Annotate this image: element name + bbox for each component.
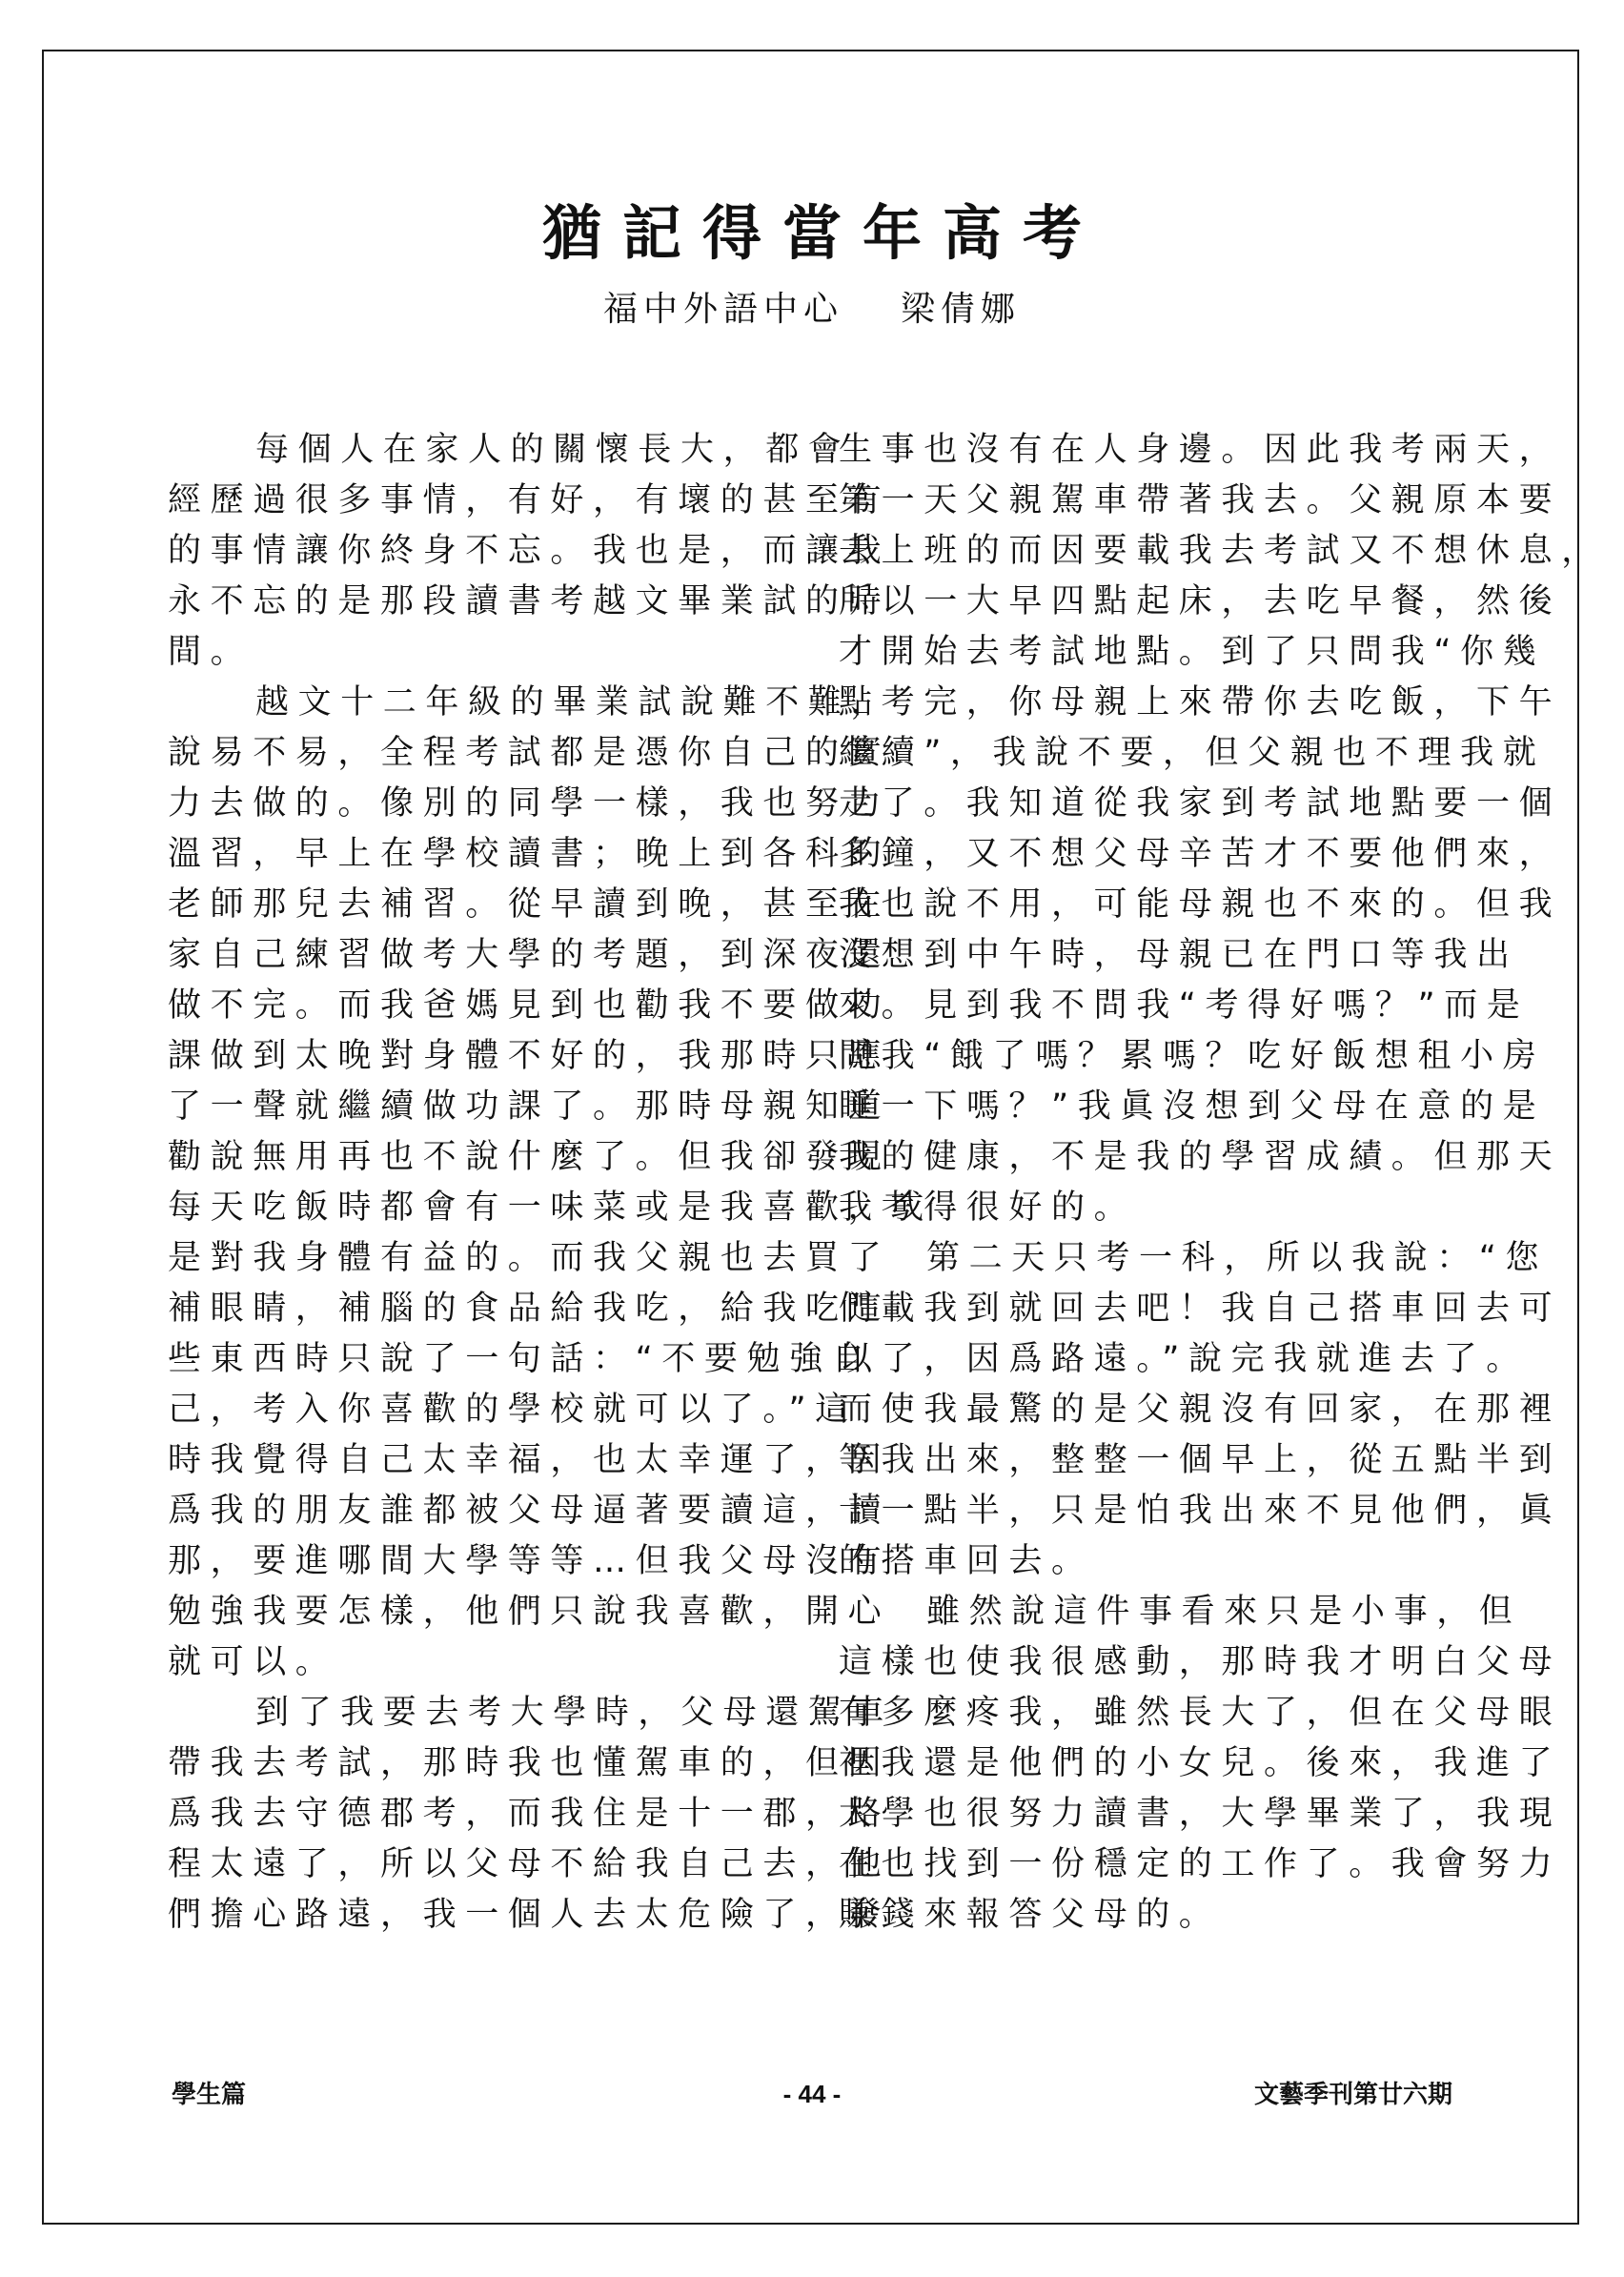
text-line: 我也說不用，可能母親也不來的。但我 — [839, 880, 1458, 930]
text-line: 走了。我知道從我家到考試地點要一個 — [839, 779, 1458, 829]
text-line: 勉強我要怎樣，他們只說我喜歡，開心 — [168, 1587, 787, 1637]
text-line: 第一天父親駕車帶著我去。父親原本要 — [839, 476, 1458, 526]
text-line: 來。見到我不問我“考得好嗎？”而是 — [839, 981, 1458, 1031]
text-line: 間。 — [168, 627, 787, 678]
text-line: 的搭車回去。 — [839, 1536, 1458, 1587]
text-line: 繼續”，我說不要，但父親也不理我就 — [839, 728, 1458, 779]
text-line: 我的健康，不是我的學習成績。但那天 — [839, 1132, 1458, 1183]
text-line: 爲我去守德郡考，而我住是十一郡，路 — [168, 1789, 787, 1840]
text-line: 永不忘的是那段讀書考越文畢業試的時 — [168, 577, 787, 627]
text-line: 才開始去考試地點。到了只問我“你幾 — [839, 627, 1458, 678]
text-line: 補眼睛，補腦的食品給我吃，給我吃這 — [168, 1284, 787, 1334]
text-line: 老師那兒去補習。從早讀到晚，甚至在 — [168, 880, 787, 930]
text-line: 力去做的。像別的同學一樣，我也努力 — [168, 779, 787, 829]
text-line: 有多麼疼我，雖然長大了，但在父母眼 — [839, 1688, 1458, 1738]
author-affiliation: 福中外語中心 — [603, 290, 843, 329]
text-line: 多鐘，又不想父母辛苦才不要他們來， — [839, 829, 1458, 880]
text-line: 是對我身體有益的。而我父親也去買了 — [168, 1233, 787, 1284]
text-line: 十一點半，只是怕我出來不見他們，眞 — [839, 1486, 1458, 1536]
byline: 福中外語中心梁倩娜 — [0, 286, 1624, 334]
text-line: 的事情讓你終身不忘。我也是，而讓我 — [168, 526, 787, 577]
text-line: 了一聲就繼續做功課了。那時母親知道 — [168, 1082, 787, 1132]
text-line: 勸說無用再也不說什麼了。但我卻發現 — [168, 1132, 787, 1183]
text-line: 每個人在家人的關懷長大，都會 — [168, 425, 787, 476]
text-line: 家自己練習做考大學的考題，到深夜還 — [168, 930, 787, 981]
text-line: 所以一大早四點起床，去吃早餐，然後 — [839, 577, 1458, 627]
article-title: 猶記得當年高考 — [0, 195, 1624, 272]
text-line: 那，要進哪間大學等等…但我父母沒有 — [168, 1536, 787, 1587]
text-line: 生事也沒有在人身邊。因此我考兩天， — [839, 425, 1458, 476]
text-line: 而使我最驚的是父親沒有回家，在那裡 — [839, 1385, 1458, 1435]
text-line: 程太遠了，所以父母不給我自己去，他 — [168, 1840, 787, 1890]
text-line: 帶我去考試，那時我也懂駕車的，但因 — [168, 1738, 787, 1789]
text-line: 爲我的朋友誰都被父母逼著要讀這，讀 — [168, 1486, 787, 1536]
text-line: 第二天只考一科，所以我說：“您 — [839, 1233, 1458, 1284]
text-line: 時我覺得自己太幸福，也太幸運了，因 — [168, 1435, 787, 1486]
left-text-column: 每個人在家人的關懷長大，都會經歷過很多事情，有好，有壞的甚至有的事情讓你終身不忘… — [168, 425, 787, 1941]
text-line: 課做到太晚對身體不好的，我那時只應 — [168, 1031, 787, 1082]
text-line: 己，考入你喜歡的學校就可以了。”這 — [168, 1385, 787, 1435]
text-line: 雖然說這件事看來只是小事，但 — [839, 1587, 1458, 1637]
text-line: 睡一下嗎？”我眞沒想到父母在意的是 — [839, 1082, 1458, 1132]
text-line: 說易不易，全程考試都是憑你自己的實 — [168, 728, 787, 779]
text-line: 以了，因爲路遠。”說完我就進去了。 — [839, 1334, 1458, 1385]
text-line: 大學也很努力讀書，大學畢業了，我現 — [839, 1789, 1458, 1840]
text-line: 賺錢來報答父母的。 — [839, 1890, 1458, 1941]
author-name: 梁倩娜 — [901, 290, 1021, 329]
text-line: 們載我到就回去吧！我自己搭車回去可 — [839, 1284, 1458, 1334]
text-line: 經歷過很多事情，有好，有壞的甚至有 — [168, 476, 787, 526]
text-line: 做不完。而我爸媽見到也勸我不要做功 — [168, 981, 787, 1031]
text-line: 問我“餓了嗎？累嗎？吃好飯想租小房 — [839, 1031, 1458, 1082]
text-line: 點考完，你母親上來帶你去吃飯，下午 — [839, 678, 1458, 728]
text-line: 我考得很好的。 — [839, 1183, 1458, 1233]
text-line: 裡我還是他們的小女兒。後來，我進了 — [839, 1738, 1458, 1789]
text-line: 們擔心路遠，我一個人去太危險了，發 — [168, 1890, 787, 1941]
text-line: 越文十二年級的畢業試說難不難， — [168, 678, 787, 728]
right-text-column: 生事也沒有在人身邊。因此我考兩天，第一天父親駕車帶著我去。父親原本要去上班的而因… — [839, 425, 1458, 1941]
text-line: 溫習，早上在學校讀書；晚上到各科的 — [168, 829, 787, 880]
text-line: 些東西時只說了一句話：“不要勉強自 — [168, 1334, 787, 1385]
text-line: 去上班的而因要載我去考試又不想休息， — [839, 526, 1458, 577]
text-line: 這樣也使我很感動，那時我才明白父母 — [839, 1637, 1458, 1688]
text-line: 等我出來，整整一個早上，從五點半到 — [839, 1435, 1458, 1486]
text-line: 就可以。 — [168, 1637, 787, 1688]
text-line: 在也找到一份穩定的工作了。我會努力 — [839, 1840, 1458, 1890]
text-line: 沒想到中午時，母親已在門口等我出 — [839, 930, 1458, 981]
text-line: 到了我要去考大學時，父母還駕車 — [168, 1688, 787, 1738]
text-line: 每天吃飯時都會有一味菜或是我喜歡，或 — [168, 1183, 787, 1233]
footer-publication-title: 文藝季刊第廿六期 — [1254, 2078, 1452, 2110]
